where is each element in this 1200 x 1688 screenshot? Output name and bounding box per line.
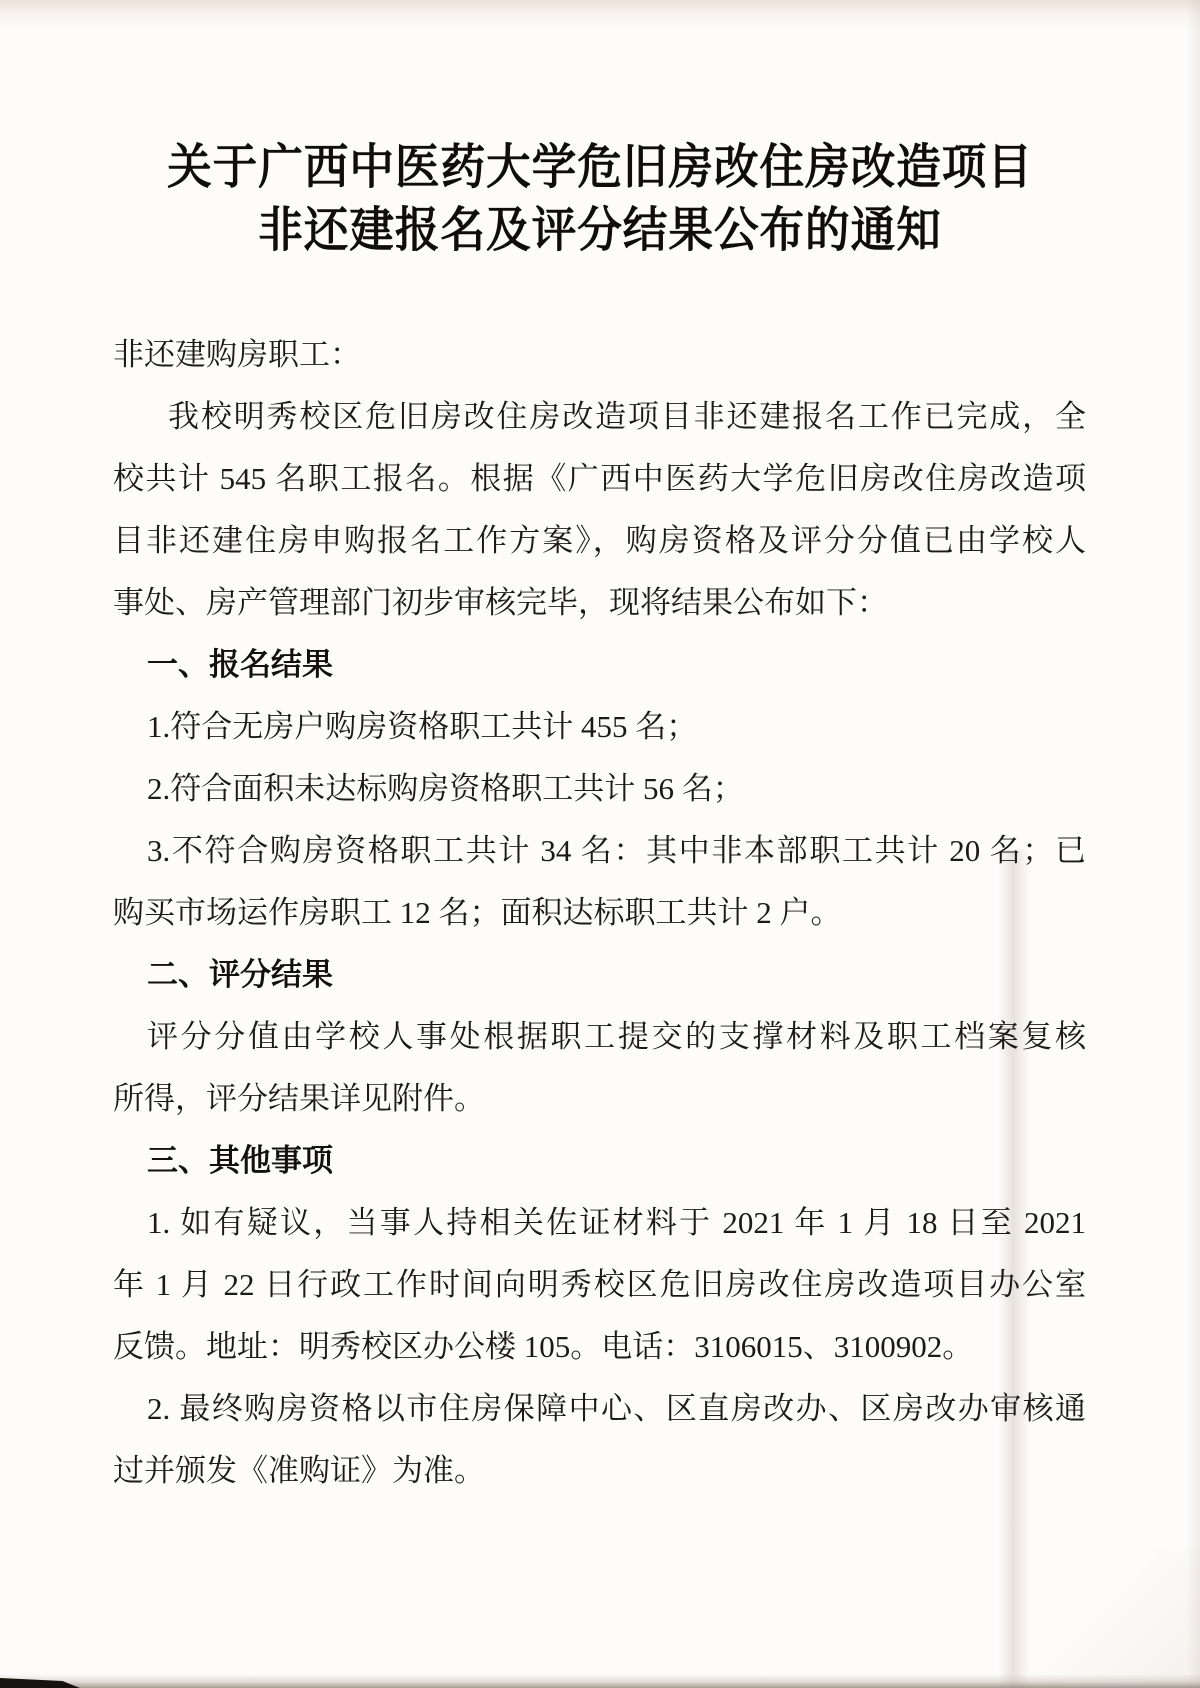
scan-artifact-bottom-right-shade bbox=[1010, 1548, 1200, 1688]
section3-item2-line-1: 2. 最终购房资格以市住房保障中心、区直房改办、区房改办审核通 bbox=[113, 1378, 1086, 1440]
para1-line-4: 事处、房产管理部门初步审核完毕，现将结果公布如下： bbox=[113, 572, 1086, 634]
scan-artifact-bottom-edge bbox=[0, 1674, 1200, 1688]
section1-item1: 1.符合无房户购房资格职工共计 455 名； bbox=[113, 696, 1086, 758]
notice-title-line-1: 关于广西中医药大学危旧房改住房改造项目 bbox=[42, 136, 1158, 199]
section3-item1-line-3: 反馈。地址：明秀校区办公楼 105。电话：3106015、3100902。 bbox=[113, 1316, 1086, 1378]
section3-item1-line-2: 年 1 月 22 日行政工作时间向明秀校区危旧房改住房改造项目办公室 bbox=[113, 1254, 1086, 1316]
notice-title: 关于广西中医药大学危旧房改住房改造项目 非还建报名及评分结果公布的通知 bbox=[0, 136, 1200, 262]
notice-title-line-2: 非还建报名及评分结果公布的通知 bbox=[42, 199, 1158, 262]
section1-heading: 一、报名结果 bbox=[113, 634, 1086, 696]
para1-line-2: 校共计 545 名职工报名。根据《广西中医药大学危旧房改住房改造项 bbox=[113, 448, 1086, 510]
notice-body: 非还建购房职工： 我校明秀校区危旧房改住房改造项目非还建报名工作已完成，全 校共… bbox=[113, 324, 1086, 1502]
section1-item3-line-1: 3.不符合购房资格职工共计 34 名：其中非本部职工共计 20 名；已 bbox=[113, 820, 1086, 882]
document-page: 关于广西中医药大学危旧房改住房改造项目 非还建报名及评分结果公布的通知 非还建购… bbox=[0, 0, 1200, 1688]
scan-artifact-top-edge bbox=[0, 0, 1200, 30]
section3-heading: 三、其他事项 bbox=[113, 1130, 1086, 1192]
section3-item1-line-1: 1. 如有疑议，当事人持相关佐证材料于 2021 年 1 月 18 日至 202… bbox=[113, 1192, 1086, 1254]
salutation: 非还建购房职工： bbox=[113, 324, 1086, 386]
section2-para-line-2: 所得，评分结果详见附件。 bbox=[113, 1068, 1086, 1130]
para1-line-3: 目非还建住房申购报名工作方案》，购房资格及评分分值已由学校人 bbox=[113, 510, 1086, 572]
section3-item2-line-2: 过并颁发《准购证》为准。 bbox=[113, 1440, 1086, 1502]
section1-item3-line-2: 购买市场运作房职工 12 名；面积达标职工共计 2 户。 bbox=[113, 882, 1086, 944]
para1-line-1: 我校明秀校区危旧房改住房改造项目非还建报名工作已完成，全 bbox=[113, 386, 1086, 448]
section2-heading: 二、评分结果 bbox=[113, 944, 1086, 1006]
section1-item2: 2.符合面积未达标购房资格职工共计 56 名； bbox=[113, 758, 1086, 820]
section2-para-line-1: 评分分值由学校人事处根据职工提交的支撑材料及职工档案复核 bbox=[113, 1006, 1086, 1068]
